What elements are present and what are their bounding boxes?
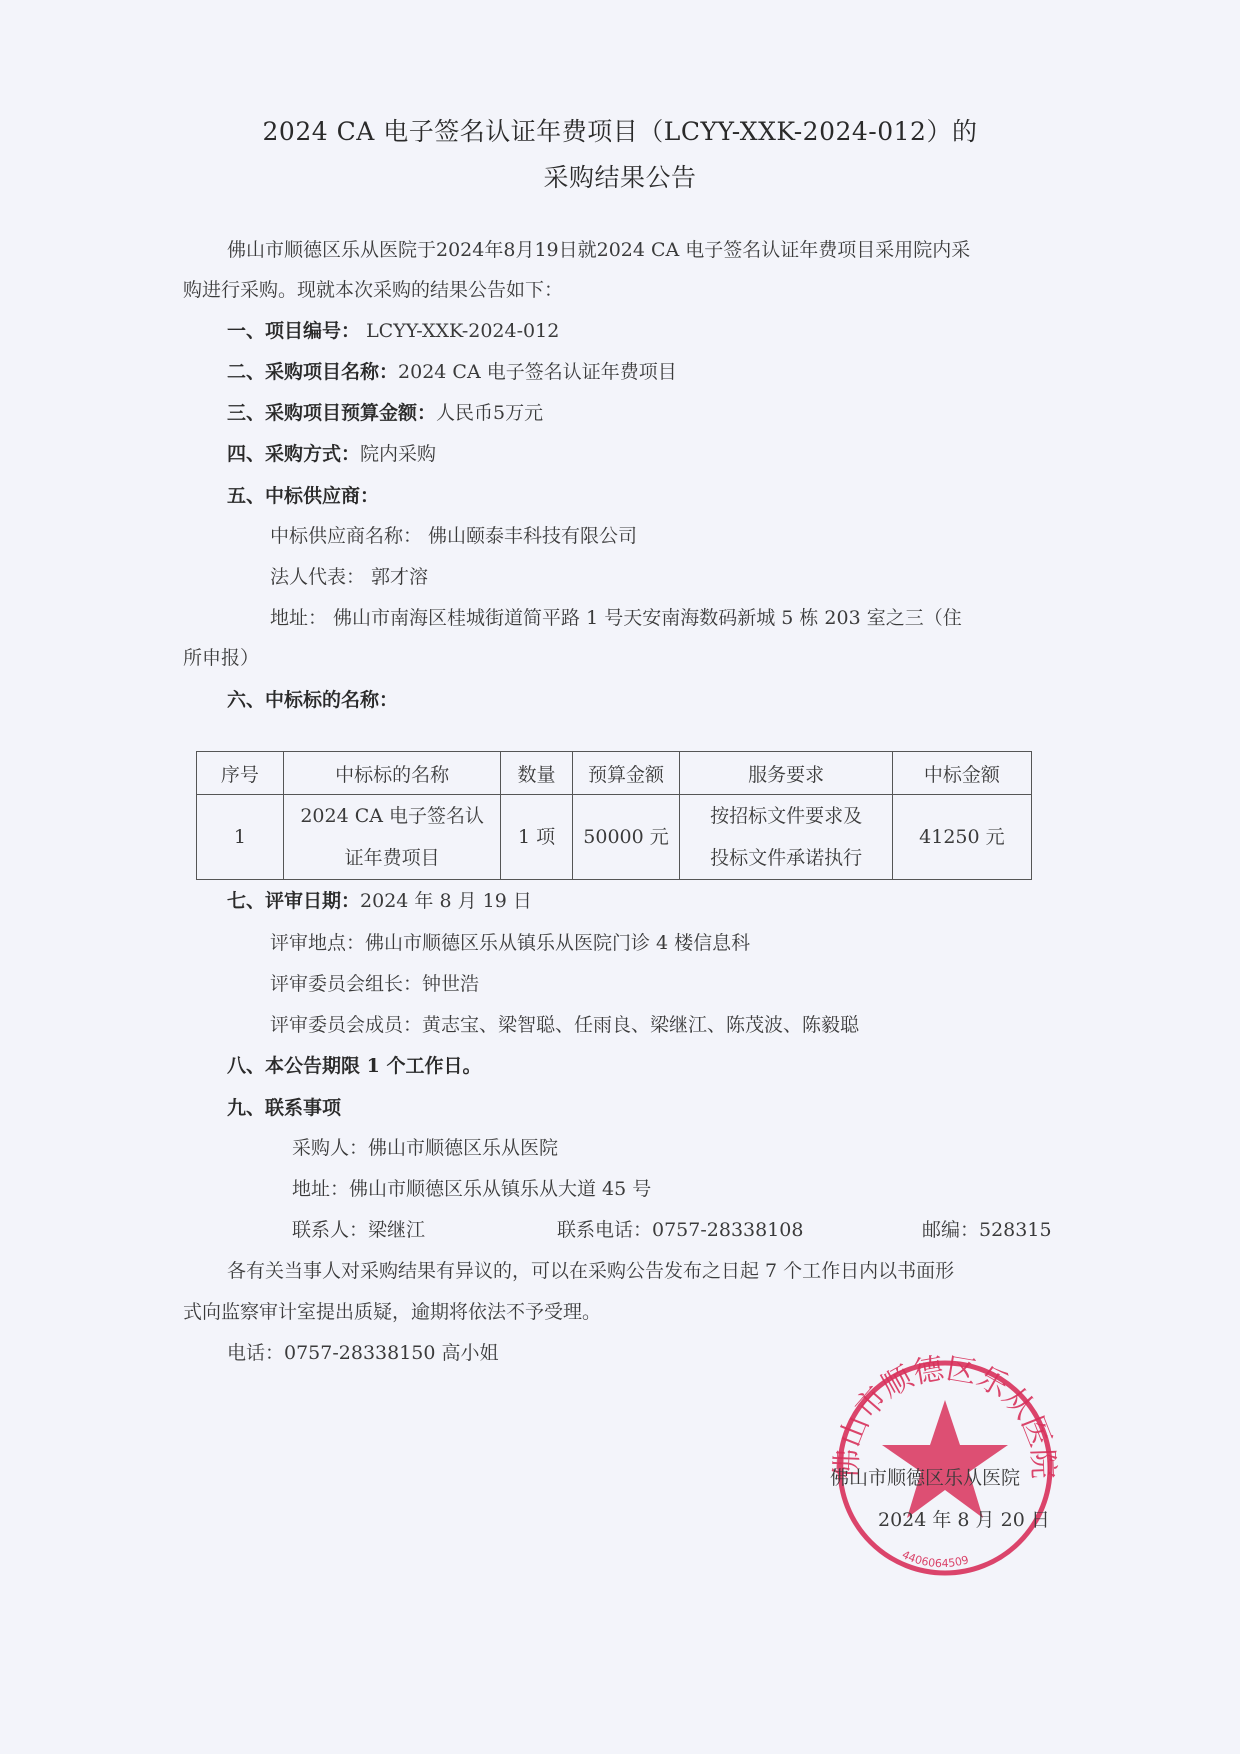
procurement-method: 院内采购 <box>360 443 436 465</box>
cell-qty: 1 项 <box>501 795 572 880</box>
supplier-address-line-1: 地址： 佛山市南海区桂城街道简平路 1 号天安南海数码新城 5 栋 203 室之… <box>270 603 962 630</box>
contact-phone: 联系电话：0757-28338108 <box>557 1215 803 1242</box>
section-1: 一、项目编号： LCYY-XXK-2024-012 <box>227 316 559 343</box>
cell-requirement-line-2: 投标文件承诺执行 <box>686 837 885 879</box>
result-table: 序号 中标标的名称 数量 预算金额 服务要求 中标金额 1 2024 CA 电子… <box>196 751 1032 880</box>
section-2: 二、采购项目名称：2024 CA 电子签名认证年费项目 <box>227 357 677 384</box>
section-6-label: 六、中标标的名称： <box>227 685 398 712</box>
review-members: 评审委员会成员：黄志宝、梁智聪、任雨良、梁继江、陈茂波、陈毅聪 <box>270 1010 859 1037</box>
section-3: 三、采购项目预算金额：人民币5万元 <box>227 398 543 425</box>
section-1-label: 一、项目编号： <box>227 320 360 342</box>
purchaser-address: 地址：佛山市顺德区乐从镇乐从大道 45 号 <box>292 1174 651 1201</box>
supplier-address-line-2: 所申报） <box>183 643 259 670</box>
section-4: 四、采购方式：院内采购 <box>227 439 436 466</box>
cell-budget: 50000 元 <box>572 795 680 880</box>
cell-name-line-2: 证年费项目 <box>290 837 495 879</box>
objection-line-2: 式向监察审计室提出质疑，逾期将依法不予受理。 <box>183 1297 601 1324</box>
title-line-1: 2024 CA 电子签名认证年费项目（LCYY-XXK-2024-012）的 <box>0 112 1240 148</box>
section-3-label: 三、采购项目预算金额： <box>227 402 436 424</box>
project-number: LCYY-XXK-2024-012 <box>366 320 559 342</box>
title-line-2: 采购结果公告 <box>0 158 1240 194</box>
announcement-page: 2024 CA 电子签名认证年费项目（LCYY-XXK-2024-012）的 采… <box>0 0 1240 1754</box>
header-qty: 数量 <box>501 752 572 795</box>
section-5-label: 五、中标供应商： <box>227 481 379 508</box>
budget-amount: 人民币5万元 <box>436 402 543 424</box>
signature-org: 佛山市顺德区乐从医院 <box>830 1463 1020 1490</box>
supplier-name: 中标供应商名称： 佛山颐泰丰科技有限公司 <box>270 521 637 548</box>
legal-representative: 法人代表： 郭才溶 <box>270 562 428 589</box>
postcode: 邮编：528315 <box>922 1215 1052 1242</box>
section-8: 八、本公告期限 1 个工作日。 <box>227 1051 481 1078</box>
project-name: 2024 CA 电子签名认证年费项目 <box>398 361 677 383</box>
section-7: 七、评审日期：2024 年 8 月 19 日 <box>227 886 532 913</box>
objection-line-1: 各有关当事人对采购结果有异议的，可以在采购公告发布之日起 7 个工作日内以书面形 <box>227 1256 954 1283</box>
section-4-label: 四、采购方式： <box>227 443 360 465</box>
purchaser: 采购人：佛山市顺德区乐从医院 <box>292 1133 558 1160</box>
contact-person: 联系人：梁继江 <box>292 1215 425 1242</box>
objection-phone: 电话：0757-28338150 高小姐 <box>227 1338 499 1365</box>
cell-no: 1 <box>197 795 284 880</box>
section-9-label: 九、联系事项 <box>227 1093 341 1120</box>
section-7-label: 七、评审日期： <box>227 890 360 912</box>
cell-name-line-1: 2024 CA 电子签名认 <box>290 795 495 837</box>
review-location: 评审地点：佛山市顺德区乐从镇乐从医院门诊 4 楼信息科 <box>270 928 750 955</box>
header-budget: 预算金额 <box>572 752 680 795</box>
cell-requirement: 按招标文件要求及 投标文件承诺执行 <box>680 795 892 880</box>
signature-date: 2024 年 8 月 20 日 <box>878 1505 1050 1532</box>
header-requirement: 服务要求 <box>680 752 892 795</box>
intro-line-1: 佛山市顺德区乐从医院于2024年8月19日就2024 CA 电子签名认证年费项目… <box>227 235 970 262</box>
section-2-label: 二、采购项目名称： <box>227 361 398 383</box>
review-date: 2024 年 8 月 19 日 <box>360 890 532 912</box>
cell-amount: 41250 元 <box>892 795 1031 880</box>
table-header-row: 序号 中标标的名称 数量 预算金额 服务要求 中标金额 <box>197 752 1032 795</box>
table-row: 1 2024 CA 电子签名认 证年费项目 1 项 50000 元 按招标文件要… <box>197 795 1032 880</box>
review-leader: 评审委员会组长：钟世浩 <box>270 969 479 996</box>
header-no: 序号 <box>197 752 284 795</box>
header-amount: 中标金额 <box>892 752 1031 795</box>
cell-name: 2024 CA 电子签名认 证年费项目 <box>283 795 501 880</box>
header-name: 中标标的名称 <box>283 752 501 795</box>
intro-line-2: 购进行采购。现就本次采购的结果公告如下： <box>183 275 563 302</box>
cell-requirement-line-1: 按招标文件要求及 <box>686 795 885 837</box>
